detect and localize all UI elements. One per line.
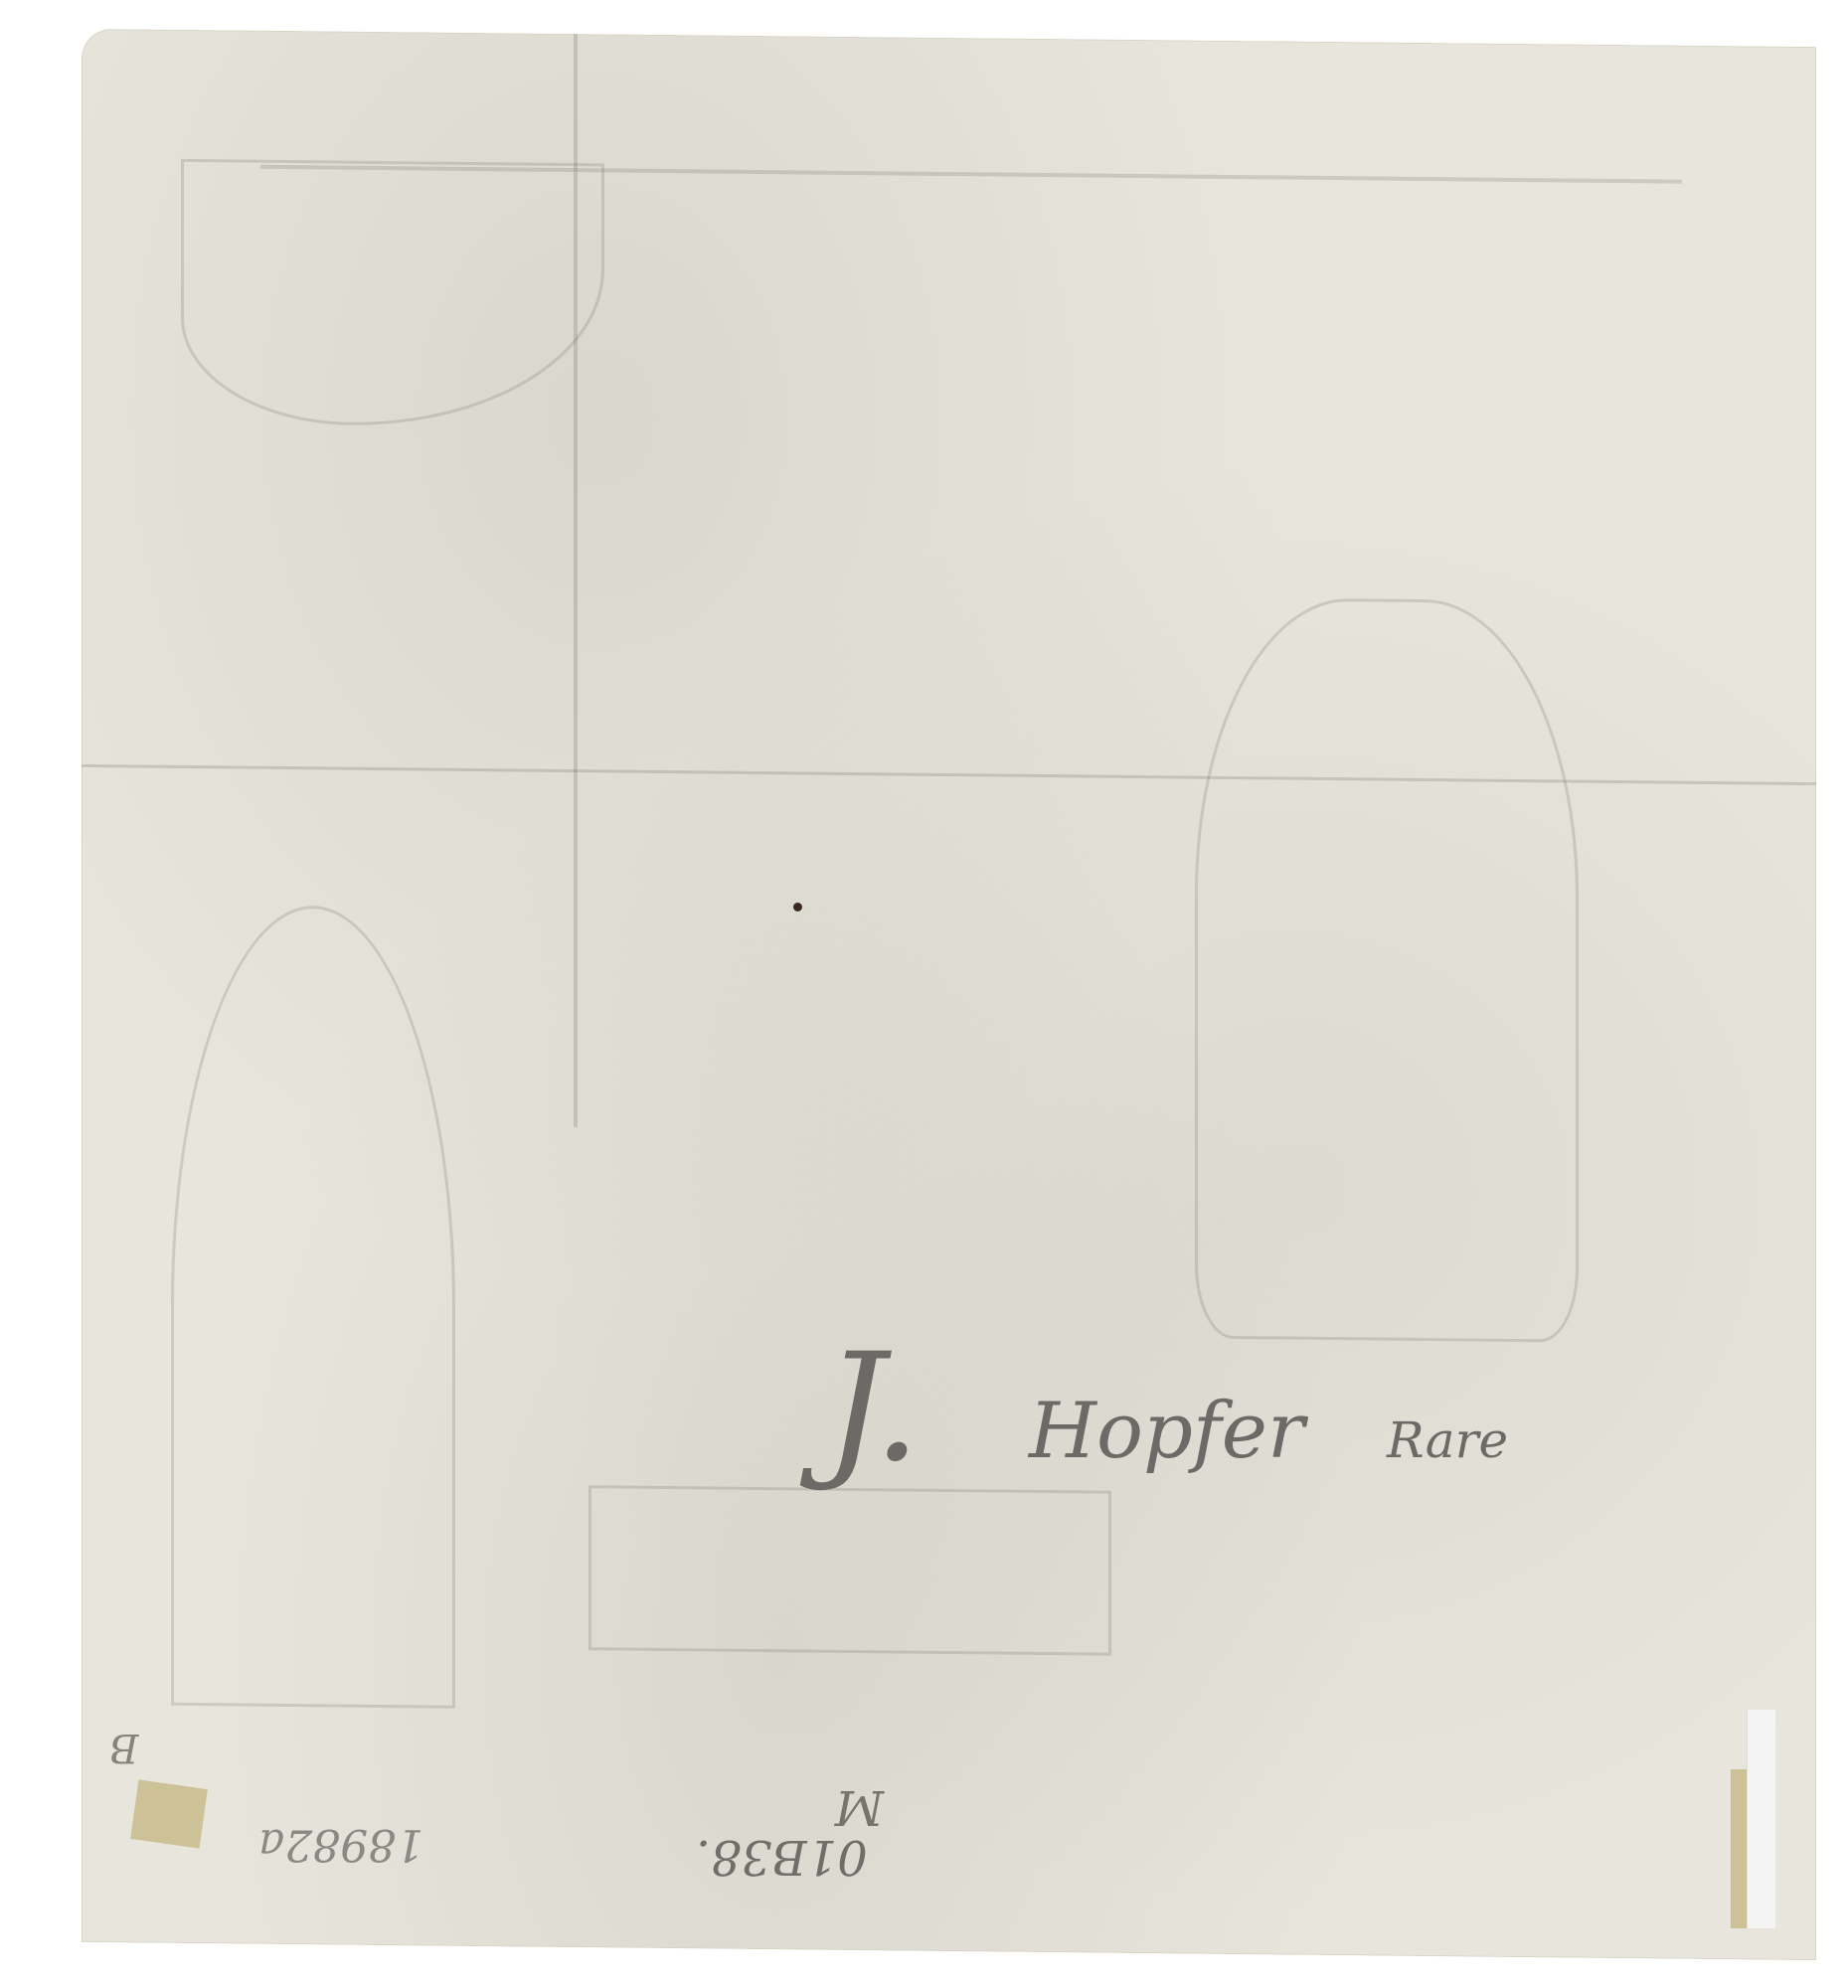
right-edge-label — [1748, 1710, 1775, 1928]
ghost-arch-left — [171, 905, 455, 1709]
pencil-mark-b: B — [109, 1725, 138, 1770]
hinge-tape — [130, 1779, 208, 1848]
ghost-drapery — [181, 159, 604, 427]
paper-sheet — [82, 29, 1816, 1960]
signature-name: Hopfer — [1029, 1387, 1304, 1476]
ghost-figure-right — [1195, 597, 1579, 1343]
signature-initial: J. — [825, 1322, 921, 1495]
pencil-mark-m: M — [835, 1779, 884, 1835]
inventory-number-center: 01B38. — [696, 1829, 868, 1885]
inventory-number-left: 18982a — [258, 1819, 423, 1870]
ghost-table — [588, 1485, 1111, 1656]
ink-spot — [793, 903, 802, 911]
signature-note: Rare — [1387, 1411, 1508, 1469]
